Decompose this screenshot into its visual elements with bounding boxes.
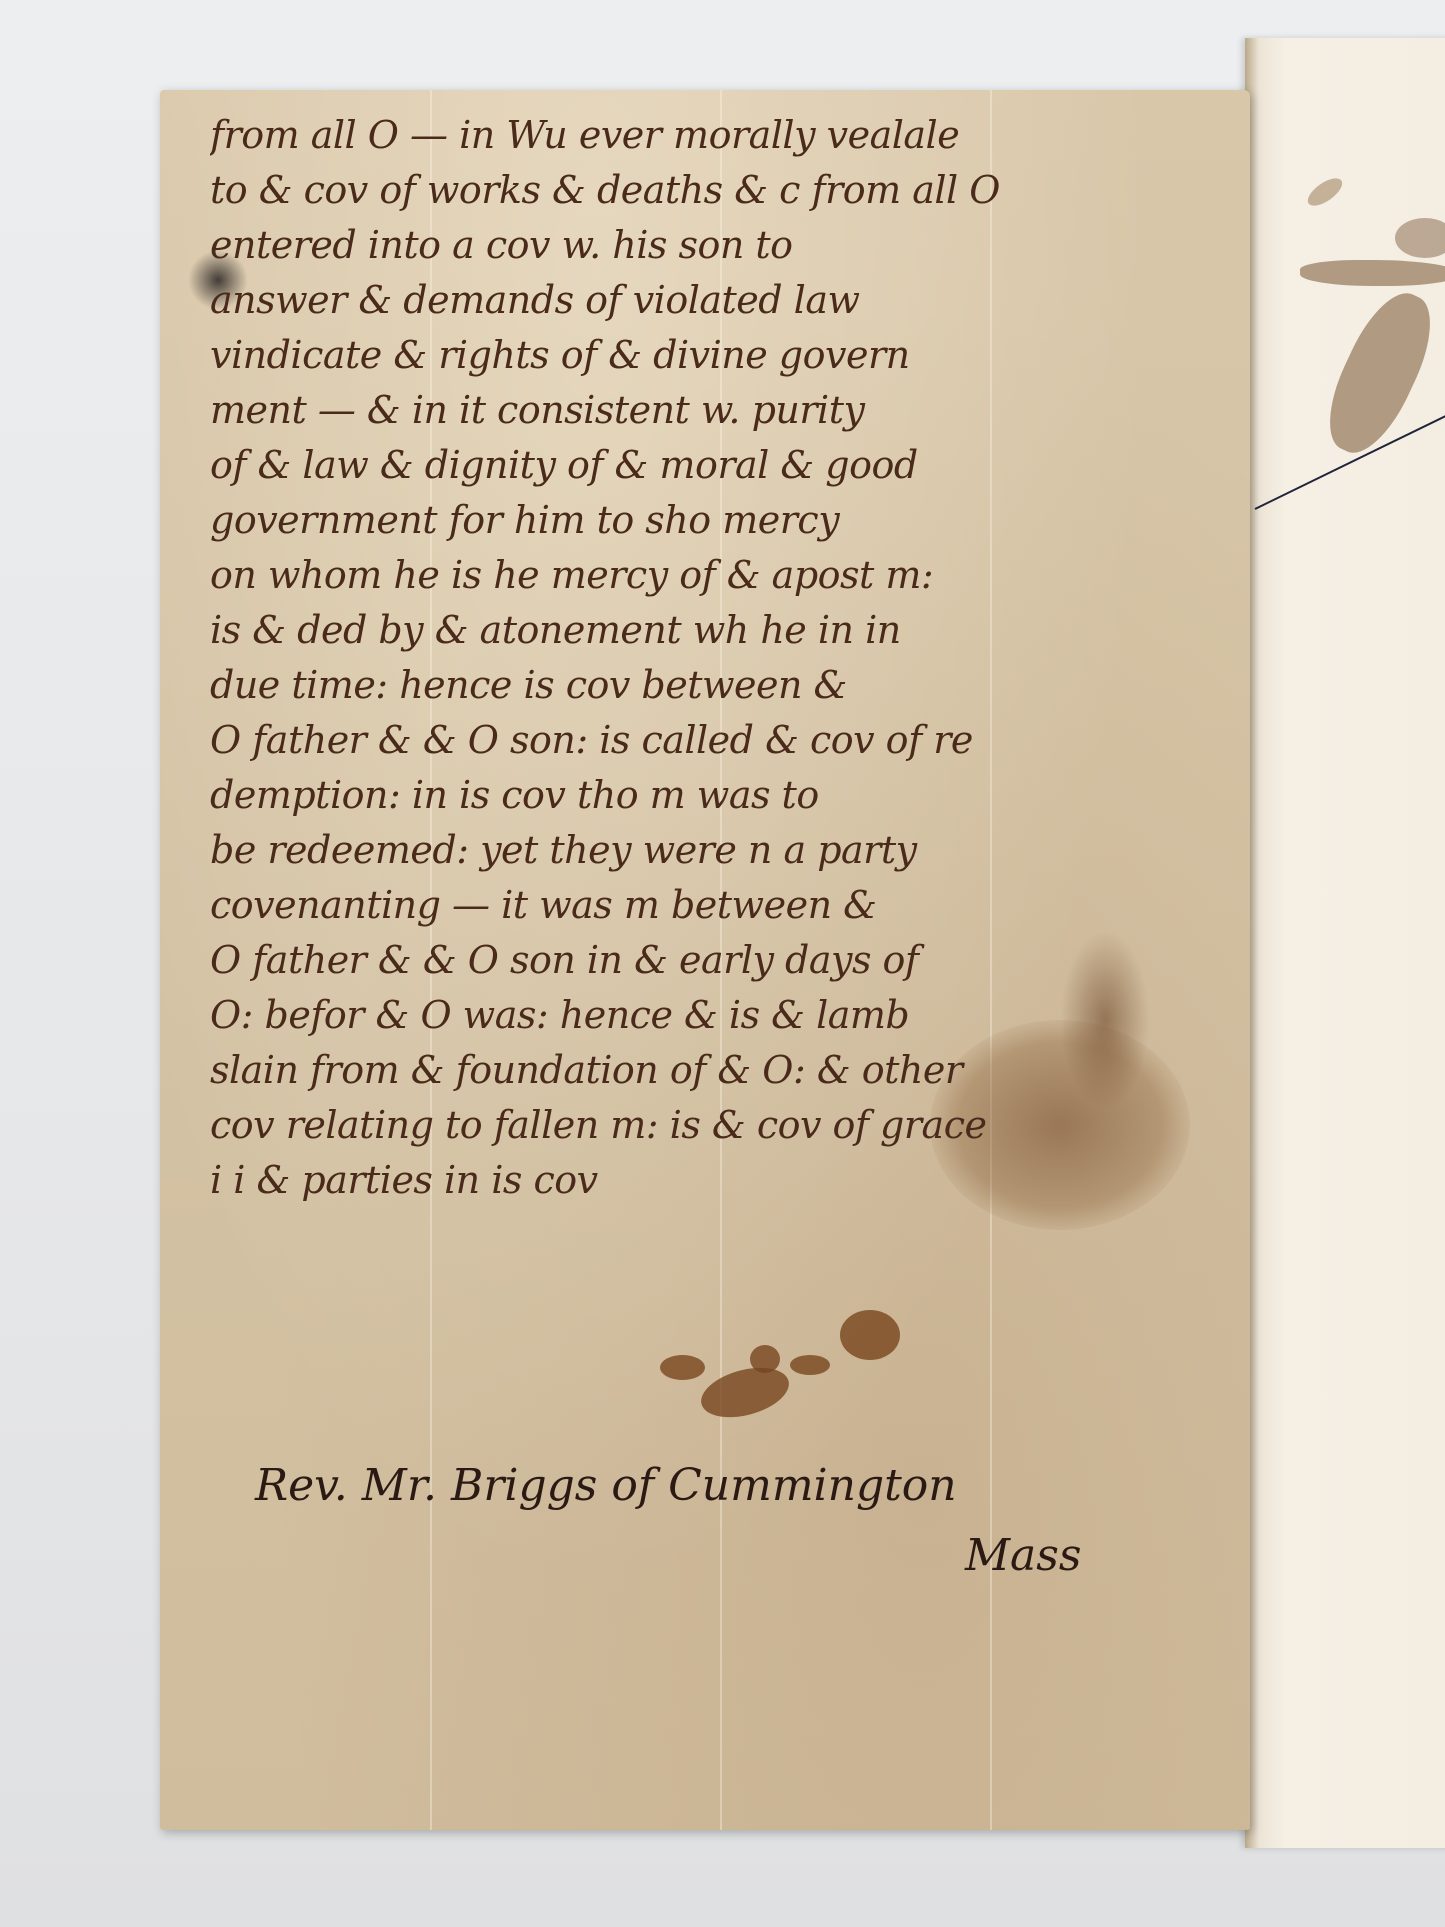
manuscript-leaf: from all O — in Wu ever morally vealale … bbox=[160, 90, 1250, 1830]
text-line: due time: hence is cov between & bbox=[210, 658, 1220, 713]
signature-place: Mass bbox=[965, 1530, 1081, 1581]
text-line: i i & parties in is cov bbox=[210, 1153, 1220, 1208]
signature: Rev. Mr. Briggs of Cummington bbox=[255, 1460, 957, 1511]
stain bbox=[696, 1359, 795, 1426]
text-line: covenanting — it was m between & bbox=[210, 878, 1220, 933]
text-line: O: befor & O was: hence & is & lamb bbox=[210, 988, 1220, 1043]
text-line: O father & & O son: is called & cov of r… bbox=[210, 713, 1220, 768]
stain bbox=[1300, 260, 1445, 286]
stain bbox=[660, 1355, 705, 1380]
text-line: be redeemed: yet they were n a party bbox=[210, 823, 1220, 878]
stain bbox=[790, 1355, 830, 1375]
text-line: cov relating to fallen m: is & cov of gr… bbox=[210, 1098, 1220, 1153]
text-line: entered into a cov w. his son to bbox=[210, 218, 1220, 273]
text-line: from all O — in Wu ever morally vealale bbox=[210, 108, 1220, 163]
text-line: slain from & foundation of & O: & other bbox=[210, 1043, 1220, 1098]
text-line: on whom he is he mercy of & apost m: bbox=[210, 548, 1220, 603]
text-line: answer & demands of violated law bbox=[210, 273, 1220, 328]
facing-page bbox=[1245, 38, 1445, 1848]
stain bbox=[750, 1345, 780, 1373]
text-line: ment — & in it consistent w. purity bbox=[210, 383, 1220, 438]
text-line: is & ded by & atonement wh he in in bbox=[210, 603, 1220, 658]
stain bbox=[1395, 218, 1445, 258]
stain bbox=[1312, 281, 1445, 465]
text-line: vindicate & rights of & divine govern bbox=[210, 328, 1220, 383]
text-line: O father & & O son in & early days of bbox=[210, 933, 1220, 988]
text-line: to & cov of works & deaths & c from all … bbox=[210, 163, 1220, 218]
text-line: demption: in is cov tho m was to bbox=[210, 768, 1220, 823]
stain bbox=[840, 1310, 900, 1360]
manuscript-text: from all O — in Wu ever morally vealale … bbox=[210, 108, 1220, 1208]
stain bbox=[1303, 173, 1346, 211]
text-line: government for him to sho mercy bbox=[210, 493, 1220, 548]
text-line: of & law & dignity of & moral & good bbox=[210, 438, 1220, 493]
